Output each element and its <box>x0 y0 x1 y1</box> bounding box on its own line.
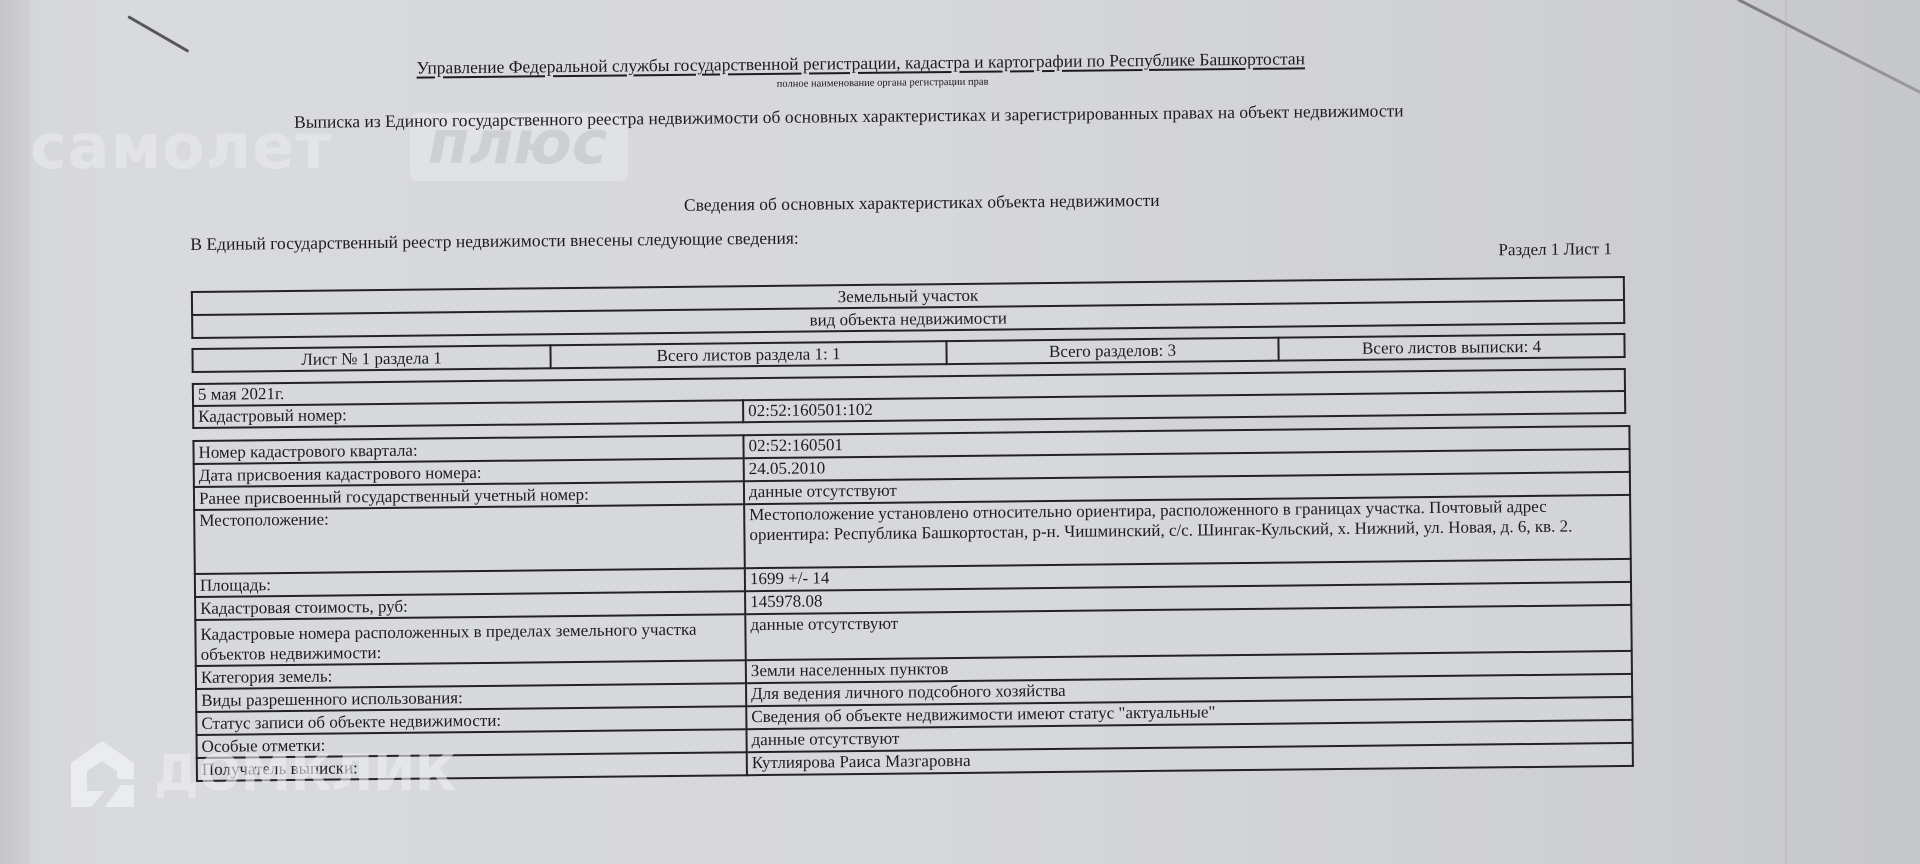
extract-title: Выписка из Единого государственного реес… <box>294 100 1404 133</box>
watermark-domclick-text: ДОМКЛИК <box>154 744 456 802</box>
sheet-number: Лист № 1 раздела 1 <box>192 345 550 372</box>
cadastral-number-label: Кадастровый номер: <box>193 400 743 428</box>
row-label: Местоположение: <box>194 504 745 574</box>
sheet-info-table: Лист № 1 раздела 1 Всего листов раздела … <box>191 333 1625 373</box>
section-title: Сведения об основных характеристиках объ… <box>684 190 1160 216</box>
object-type-table: Земельный участок вид объекта недвижимос… <box>191 276 1625 339</box>
agency-name: Управление Федеральной службы государств… <box>416 48 1305 78</box>
row-value: Местоположение установлено относительно … <box>744 495 1631 568</box>
house-icon <box>65 735 140 810</box>
sections-total: Всего разделов: 3 <box>946 338 1278 364</box>
date-cadastral-table: 5 мая 2021г. Кадастровый номер: 02:52:16… <box>192 368 1626 429</box>
intro-text: В Единый государственный реестр недвижим… <box>190 228 799 255</box>
characteristics-table: Номер кадастрового квартала: 02:52:16050… <box>192 425 1634 782</box>
section-sheets-total: Всего листов раздела 1: 1 <box>550 341 946 368</box>
row-label: Кадастровые номера расположенных в преде… <box>195 614 745 666</box>
watermark-domclick: ДОМКЛИК <box>65 735 456 810</box>
sheet-reference: Раздел 1 Лист 1 <box>1498 239 1612 260</box>
agency-caption: полное наименование органа регистрации п… <box>777 77 989 90</box>
extract-sheets-total: Всего листов выписки: 4 <box>1278 334 1624 361</box>
